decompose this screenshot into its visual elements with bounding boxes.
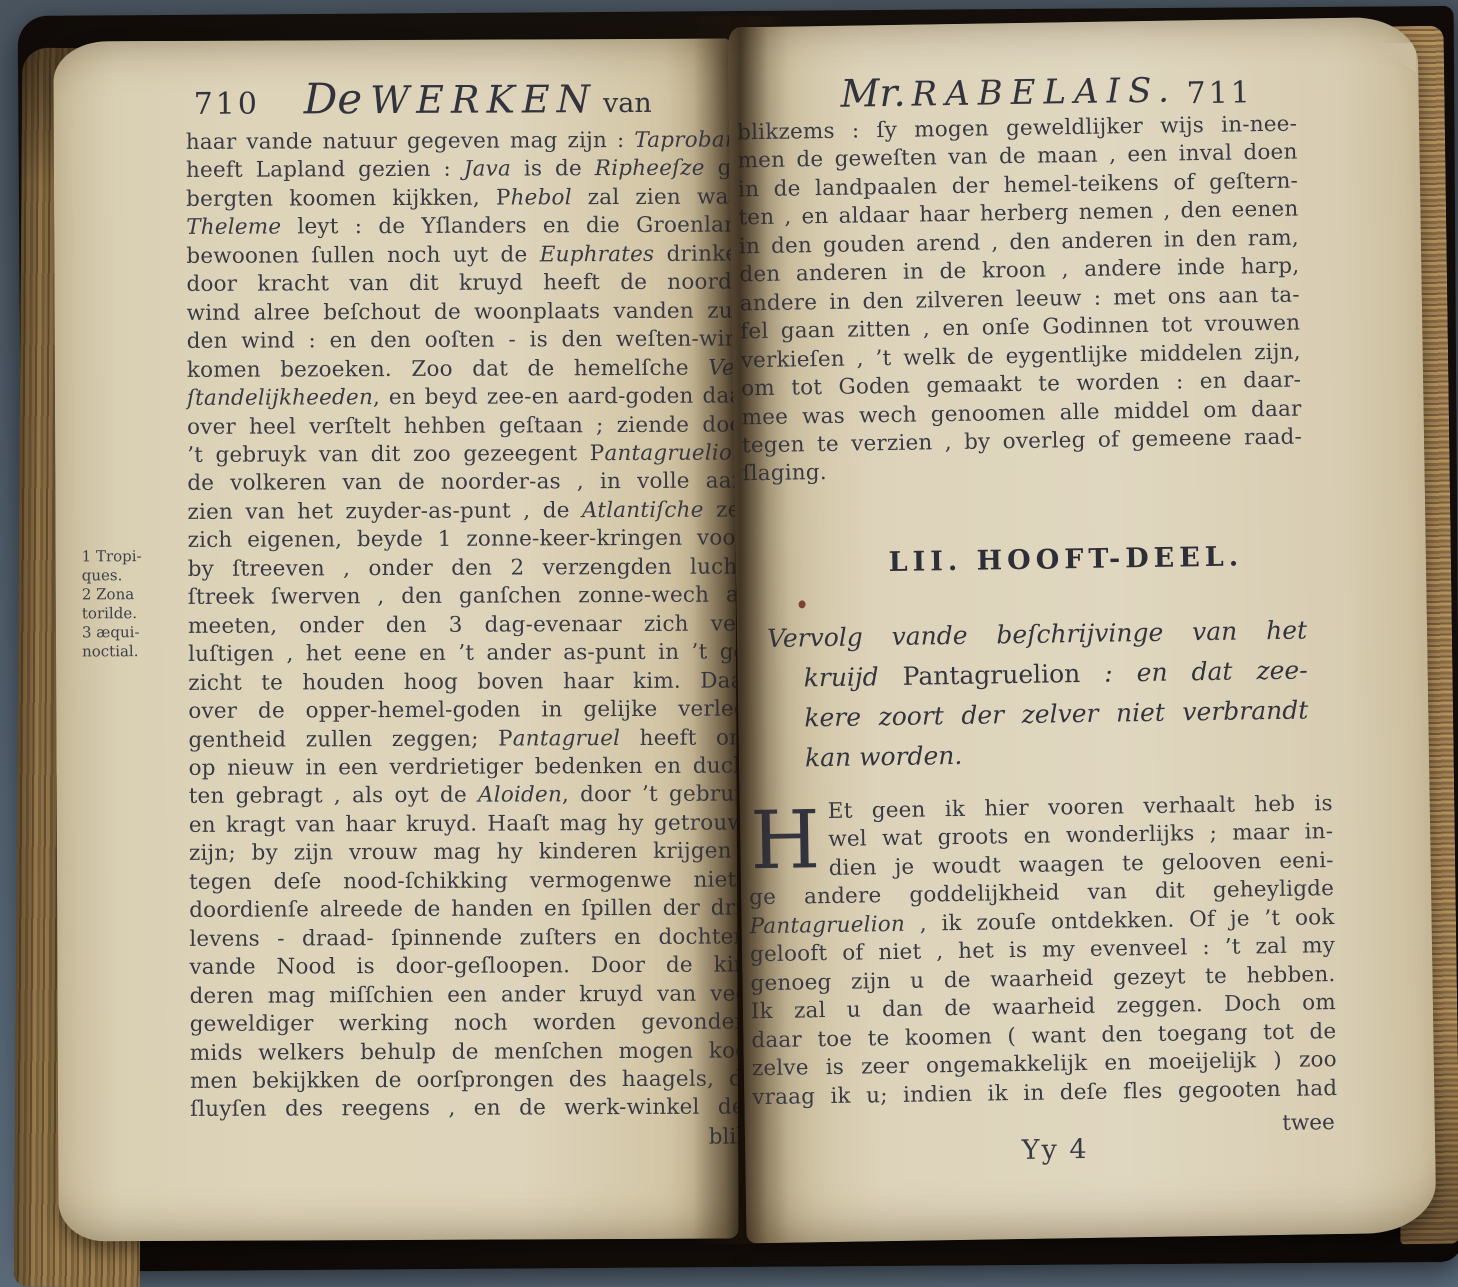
right-page-paragraph: Et geen ik hier vooren verhaalt heb iswe… xyxy=(748,790,1338,1112)
left-page: 710 DeWERKENvan 1 Tropi-ques.2 Zonatoril… xyxy=(53,39,738,1242)
left-page-number: 710 xyxy=(194,87,260,122)
right-page-number: 711 xyxy=(1186,75,1253,111)
running-title-de: De xyxy=(304,74,363,123)
margin-notes: 1 Tropi-ques.2 Zonatorilde.3 æqui-noctia… xyxy=(82,547,184,661)
stain-speck xyxy=(799,600,806,608)
running-title-van: van xyxy=(597,88,652,119)
running-title-werken: WERKEN xyxy=(362,77,597,122)
right-page: Mr.RABELAIS. 711 blikzems : ſy mogen gew… xyxy=(727,17,1436,1244)
right-page-body-text: blikzems : ſy mogen geweldlijker wijs in… xyxy=(737,111,1303,490)
chapter-heading: LII. HOOFT-DEEL. xyxy=(786,540,1346,580)
book-photo-scene: 710 DeWERKENvan 1 Tropi-ques.2 Zonatoril… xyxy=(0,0,1458,1287)
chapter-subtitle: Vervolg vande beſchrijvinge van hetkruij… xyxy=(767,610,1309,778)
signature-mark: Yy 4 xyxy=(895,1132,1215,1168)
left-page-body-text: haar vande natuur gegeven mag zijn : Tap… xyxy=(186,126,739,1124)
right-page-catchword: twee xyxy=(1175,1110,1335,1138)
right-running-title: Mr.RABELAIS. xyxy=(840,67,1171,116)
left-page-catchword: blik- xyxy=(190,1124,738,1152)
page-corner-fold xyxy=(1372,43,1416,74)
left-running-title: DeWERKENvan xyxy=(304,73,734,124)
left-running-header: 710 DeWERKENvan xyxy=(186,72,739,130)
running-title-rabelais: RABELAIS. xyxy=(905,70,1177,114)
running-title-mr: Mr. xyxy=(840,71,906,116)
